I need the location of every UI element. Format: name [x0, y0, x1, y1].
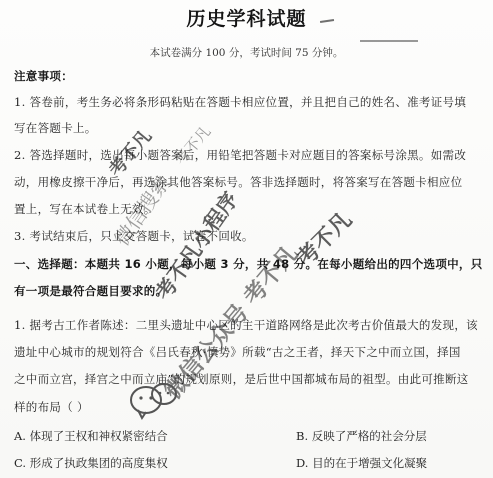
notice-line: 动，用橡皮擦干净后，再选涂其他答案标号。答非选择题时，将答案写在答题卡相应位	[14, 174, 462, 190]
option-b: B. 反映了严格的社会分层	[296, 428, 427, 444]
exam-subtitle: 本试卷满分 100 分，考试时间 75 分钟。	[0, 45, 493, 60]
notice-line: 2. 答选择题时，选出每小题答案后，用铅笔把答题卡对应题目的答案标号涂黑。如需改	[14, 147, 466, 163]
exam-title: 历史学科试题	[0, 4, 493, 31]
notice-line: 置上，写在本试卷上无效。	[14, 201, 156, 217]
option-c: C. 形成了执政集团的高度集权	[14, 455, 168, 471]
option-d: D. 目的在于增强文化凝聚	[296, 455, 427, 471]
notice-line: 写在答题卡上。	[14, 120, 97, 136]
notice-line: 3. 考试结束后，只上交答题卡，试卷不回收。	[14, 228, 254, 244]
exam-page: 历史学科试题 本试卷满分 100 分，考试时间 75 分钟。 注意事项： 1. …	[0, 0, 493, 478]
question-line: 样的布局（ ）	[14, 399, 89, 415]
section-heading-line1: 一、选择题：本题共 16 小题，每小题 3 分，共 48 分。在每小题给出的四个…	[14, 256, 483, 272]
wechat-icon	[128, 382, 180, 422]
question-line: 之中而立宫，择宫之中而立庙”的规划原则，是后世中国都城布局的祖型。由此可推断这	[14, 371, 469, 387]
question-line: 遗址中心城市的规划符合《吕氏春秋·慎势》所载“古之王者，择天下之中而立国，择国	[14, 344, 461, 360]
section-heading-line2: 有一项是最符合题目要求的。	[14, 283, 167, 299]
pen-mark	[360, 40, 418, 42]
notice-line: 1. 答卷前，考生务必将条形码粘贴在答题卡相应位置，并且把自己的姓名、准考证号填	[14, 94, 466, 110]
option-a: A. 体现了王权和神权紧密结合	[14, 428, 168, 444]
question-line: 1. 据考古工作者陈述：二里头遗址中心区的主干道路网络是此次考古价值最大的发现，…	[14, 317, 478, 333]
notice-heading: 注意事项：	[14, 68, 73, 84]
